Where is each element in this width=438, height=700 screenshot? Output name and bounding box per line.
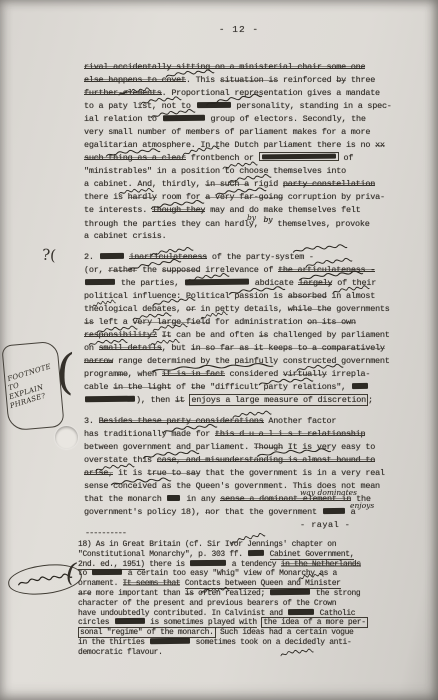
typed-text: , when [128, 369, 162, 379]
typed-text: sense conceived as the Queen's governmen… [84, 481, 380, 491]
typed-line: between government and parliament. Thoug… [84, 441, 404, 454]
boxed-text: the idea of a more per- [261, 617, 367, 628]
blackout-mark [270, 589, 310, 595]
typed-text: in petty details, [196, 304, 288, 314]
struck-text: else happens to covet [84, 75, 186, 85]
struck-text: rather [108, 265, 137, 275]
struck-text: absorbed [288, 291, 327, 301]
typed-line: cable in the light of the "difficult par… [84, 381, 404, 394]
typed-line: such thing as a clear frontbench or of [84, 152, 404, 165]
typed-text: or that the government [210, 507, 322, 517]
typed-text: . Proportional representation gives a ma… [162, 88, 380, 98]
struck-text: is [259, 330, 269, 340]
typed-text: corruption by priva- [283, 192, 385, 202]
footnote-line: to a certain too easy "Whig" view of Mon… [78, 569, 408, 579]
struck-text: this d u a l i s t relationship [215, 429, 365, 439]
paragraph: 2. inarticulateness of the party-system … [84, 251, 404, 407]
typed-text: ial relation to [84, 114, 162, 124]
struck-text: me [118, 369, 128, 379]
typed-line: that the monarch in any sense a dominant… [84, 493, 404, 506]
typed-text: governments [331, 304, 389, 314]
typed-line: egalitarian atmosphere. In the Dutch par… [84, 139, 404, 152]
typed-text: a cabinet. And, thirdly, [84, 179, 205, 189]
blackout-mark [248, 550, 264, 556]
typed-text: challenged by parliament [268, 330, 389, 340]
blackout-mark [115, 618, 145, 624]
blackout-mark [288, 608, 314, 614]
paragraph: rival accidentally sitting on a minister… [84, 61, 404, 243]
struck-text: Besides these party considerations [99, 416, 264, 426]
struck-text: the articulateness - [278, 265, 375, 275]
struck-text: is [185, 589, 194, 598]
blackout-mark [197, 102, 231, 108]
paragraph: 3. Besides these party considerations An… [84, 415, 404, 519]
typed-text: three [346, 75, 375, 85]
typed-text: there is [145, 560, 190, 569]
struck-text: responsibility? [84, 330, 157, 340]
struck-text: It seems that [123, 579, 181, 588]
struck-text: or [186, 304, 196, 314]
typed-text: Another factor [264, 416, 337, 426]
typed-text: Catholic [315, 609, 355, 618]
footnote-separator: ---------- [85, 528, 126, 538]
struck-text: in the Netherlands [281, 560, 361, 569]
typed-text: of their [332, 278, 376, 288]
typed-line: responsibility? It can be and often is c… [84, 329, 404, 342]
typed-text: ornament. [78, 579, 123, 588]
typed-text: Such ideas had a certain vogue [216, 628, 354, 637]
typed-line: to a paty list, not to personality, stan… [84, 100, 404, 113]
underlined-text: Cabinet Government, [270, 550, 355, 560]
struck-text: a very far-going [205, 192, 283, 202]
blackout-mark [92, 569, 122, 575]
blackout-mark [167, 495, 180, 501]
typed-line: (or, rather the supposed irrelevance of … [84, 264, 404, 277]
struck-text: it [175, 395, 185, 405]
underlined-text: Contacts between Queen and Minister [185, 579, 341, 589]
struck-text: by [336, 75, 346, 85]
typed-line: ial relation to group of electors. Secon… [84, 113, 404, 126]
typed-line: there is hardly room for a very far-goin… [84, 191, 404, 204]
typed-text: political influence: Political passion i… [84, 291, 288, 301]
struck-text: inarticulateness [129, 252, 207, 262]
typed-line: on small details, but in so far as it ke… [84, 342, 404, 355]
typed-text: rigid [249, 179, 283, 189]
typed-text: often realized; [194, 589, 270, 598]
typed-text: personality, standing in a spec- [232, 101, 392, 111]
struck-text: It [162, 330, 172, 340]
page-number: - 12 - [0, 24, 438, 35]
struck-text: arise, [84, 468, 113, 478]
typed-text: room for [157, 192, 206, 202]
boxed-text: enjoys a large measure of discretion [189, 394, 368, 406]
typed-text: in the thirties [78, 638, 149, 647]
typed-text: between government and parliament. [84, 442, 254, 452]
blackout-mark [190, 559, 226, 565]
typed-text: theological debates, [84, 304, 186, 314]
struck-text: case, and misunderstanding is almost bou… [157, 455, 375, 465]
scanned-manuscript-page: - 12 - rival accidentally sitting on a m… [0, 0, 438, 700]
struck-text: Though they [152, 205, 205, 215]
typed-text: has traditionally made for [84, 429, 215, 439]
typed-text: irrelevance of [200, 265, 278, 275]
typed-text: it is [113, 468, 147, 478]
typed-text: left a [94, 317, 133, 327]
typed-text: irrepla- [327, 369, 371, 379]
footnote-line: in the thirties sometimes took on a deci… [78, 638, 408, 648]
typed-text: abdicate [250, 278, 299, 288]
footnote-line: 18) As in Great Britain (cf. Sir Ivor Je… [78, 540, 408, 550]
typed-text: (or, [84, 265, 108, 275]
struck-text: very large field [133, 317, 211, 327]
typed-text: te interests. [84, 205, 152, 215]
typed-text: have undoubtedly contributed. In Calvini… [78, 609, 287, 618]
boxed-blackout [259, 152, 339, 161]
typed-text: "difficult party relations", [205, 382, 351, 392]
struck-text: hardly [128, 192, 157, 202]
typed-text: to a paty list, not to [84, 101, 196, 111]
typed-text: there is [84, 192, 128, 202]
typed-line: government's policy 18), nor that the go… [84, 506, 404, 519]
typed-line: 2. inarticulateness of the party-system … [84, 251, 404, 264]
typed-text: more important than [91, 589, 184, 598]
typed-line: has traditionally made for this d u a l … [84, 428, 404, 441]
typed-text: on [84, 343, 99, 353]
struck-text: in the light [113, 382, 171, 392]
struck-text: largely [298, 278, 332, 288]
struck-text: the [191, 382, 206, 392]
struck-text: are [78, 589, 91, 598]
typed-line: ), then it enjoys a large measure of dis… [84, 394, 404, 407]
typed-text: the parties, [116, 278, 184, 288]
typed-text [157, 330, 162, 340]
typed-text: very small number of members of parliame… [84, 127, 370, 137]
margin-mark: ?( [41, 248, 56, 264]
struck-text: such thing as a clear [84, 153, 186, 163]
struck-text: in so far as it keeps to a comparatively [191, 343, 385, 353]
typed-text: , but [162, 343, 191, 353]
typed-text: ), then [136, 395, 175, 405]
typed-text: the strong [311, 589, 360, 598]
typed-text: can be and often [171, 330, 258, 340]
footnote-line: character of the present and previous be… [78, 599, 408, 609]
typed-line: overstate this case, and misunderstandin… [84, 454, 404, 467]
struck-text: xx [375, 140, 385, 150]
typed-text: "ministrables" in a position to choose t… [84, 166, 346, 176]
struck-text: while the [288, 304, 332, 314]
typed-line: theological debates, or in petty details… [84, 303, 404, 316]
typed-text: the [351, 494, 370, 504]
typed-text: may and do make themselves felt [205, 205, 360, 215]
typed-text: considered [225, 369, 283, 379]
typed-text: for administration [210, 317, 307, 327]
typed-text: group of electors. Secondly, the [206, 114, 366, 124]
typed-text: a tendency [227, 560, 280, 569]
typed-line: very small number of members of parliame… [84, 126, 404, 139]
typed-line: "ministrables" in a position to choose t… [84, 165, 404, 178]
typed-line: a cabinet. And, thirdly, in such a rigid… [84, 178, 404, 191]
struck-text: narrow [84, 356, 113, 366]
typed-text: 18) As in Great Britain (cf. Sir Ivor Je… [78, 540, 336, 549]
blackout-mark [150, 638, 190, 644]
struck-text: further elements [84, 88, 162, 98]
typed-text: a certain too easy "Whig" view of Monarc… [123, 569, 337, 578]
blackout-mark [85, 279, 115, 285]
typed-text: the [137, 265, 161, 275]
typed-line: narrow range determined by the painfully… [84, 355, 404, 368]
typed-line: te interests. Though they may and do mak… [84, 204, 404, 217]
typed-text: range determined by the painfully constr… [113, 356, 390, 366]
typed-line: the parties, abdicate largely of their [84, 277, 404, 290]
struck-text: party constellation [283, 179, 375, 189]
footnote-line: 2nd. ed., 1951) there is a tendency in t… [78, 560, 408, 570]
typed-text: frontbench or [186, 153, 259, 163]
blackout-mark [85, 396, 135, 403]
struck-text: rival accidentally sitting on a minister… [84, 62, 365, 72]
typed-text: 2. [84, 252, 99, 262]
typed-text: overstate this [84, 455, 157, 465]
blackout-mark [352, 383, 368, 389]
typed-text: "Constitutional Monarchy", p. 303 ff. [78, 550, 247, 559]
handwritten-oval-note [7, 561, 84, 599]
typed-line: programme, when it is in fact considered… [84, 368, 404, 381]
typed-line: sense conceived as the Queen's governmen… [84, 480, 404, 493]
typed-line: a cabinet crisis. [84, 230, 404, 243]
typed-text: democratic flavour. [78, 648, 163, 657]
typed-text: circles [78, 618, 114, 627]
typed-text: . This [186, 75, 220, 85]
typed-text: through the parties they can hardly, [84, 219, 263, 229]
struck-text: in such a [205, 179, 249, 189]
blackout-mark [163, 115, 205, 121]
typed-text: character of the present and previous be… [78, 599, 336, 608]
typed-text: 3. [84, 416, 99, 426]
typed-text: of [339, 153, 354, 163]
typed-text: program [84, 369, 118, 379]
blackout-mark [100, 253, 124, 259]
struck-text: situation is [220, 75, 278, 85]
boxed-text: sonal "regime" of the monarch. [78, 627, 216, 638]
blackout-mark [323, 508, 345, 514]
footnote-line: sonal "regime" of the monarch. Such idea… [78, 628, 408, 638]
typed-text: ; [368, 395, 373, 405]
scribble-annotation [16, 570, 73, 589]
struck-text: sense a dominant element in [220, 494, 351, 504]
typed-text: of the party-system - [207, 252, 314, 262]
typed-line: is left a very large field for administr… [84, 316, 404, 329]
catchword: - rayal - [300, 520, 350, 530]
typed-text: government's policy 18), [84, 507, 205, 517]
footnote-line: "Constitutional Monarchy", p. 303 ff. Ca… [78, 550, 408, 560]
typed-text: egalitarian atmosphere. In the Dutch par… [84, 140, 375, 150]
typed-text: themselves, provoke [273, 219, 370, 229]
punch-hole [55, 426, 78, 449]
typed-line: political influence: Political passion i… [84, 290, 404, 303]
typed-footnote-text: 18) As in Great Britain (cf. Sir Ivor Je… [78, 540, 408, 658]
typed-line: arise, it is true to say that the govern… [84, 467, 404, 480]
typed-text: that the monarch [84, 494, 166, 504]
typed-text: cable [84, 382, 113, 392]
typed-text: It is very easy to [283, 442, 375, 452]
typed-line: further elements. Proportional represent… [84, 87, 404, 100]
struck-text: on its own [307, 317, 356, 327]
typed-text: reinforced [278, 75, 336, 85]
struck-text: it is in fact [162, 369, 225, 379]
typed-body-text: rival accidentally sitting on a minister… [84, 61, 404, 519]
blackout-mark [185, 279, 249, 286]
typed-line: rival accidentally sitting on a minister… [84, 61, 404, 74]
blackout-mark [262, 154, 336, 160]
typed-line: 3. Besides these party considerations An… [84, 415, 404, 428]
footnote-line: democratic flavour. [78, 648, 408, 658]
typed-line: through the parties they can hardly, by … [84, 217, 404, 230]
typed-text: a cabinet crisis. [84, 231, 166, 241]
typed-text: a [346, 507, 356, 517]
struck-text: Though [254, 442, 283, 452]
typed-line: else happens to covet. This situation is… [84, 74, 404, 87]
typed-text: of [171, 382, 190, 392]
typed-text [265, 550, 269, 559]
handwritten-word: by [263, 215, 272, 224]
typed-text: that the government is in a very real [200, 468, 384, 478]
handwritten-margin-note: FOOTNOTE TO EXPLAIN PHRASE? [1, 341, 64, 432]
struck-text: supposed [162, 265, 201, 275]
footnote-line: ornament. It seems that Contacts between… [78, 579, 408, 589]
footnote-line: are more important than is often realize… [78, 589, 408, 599]
typed-text: in any [181, 494, 220, 504]
struck-text: is [84, 317, 94, 327]
typed-text: sometimes took on a decidedly anti- [191, 638, 351, 647]
struck-text: virtually [283, 369, 327, 379]
struck-text: true to say [147, 468, 200, 478]
typed-text: in almost [327, 291, 376, 301]
struck-text: small details [99, 343, 162, 353]
